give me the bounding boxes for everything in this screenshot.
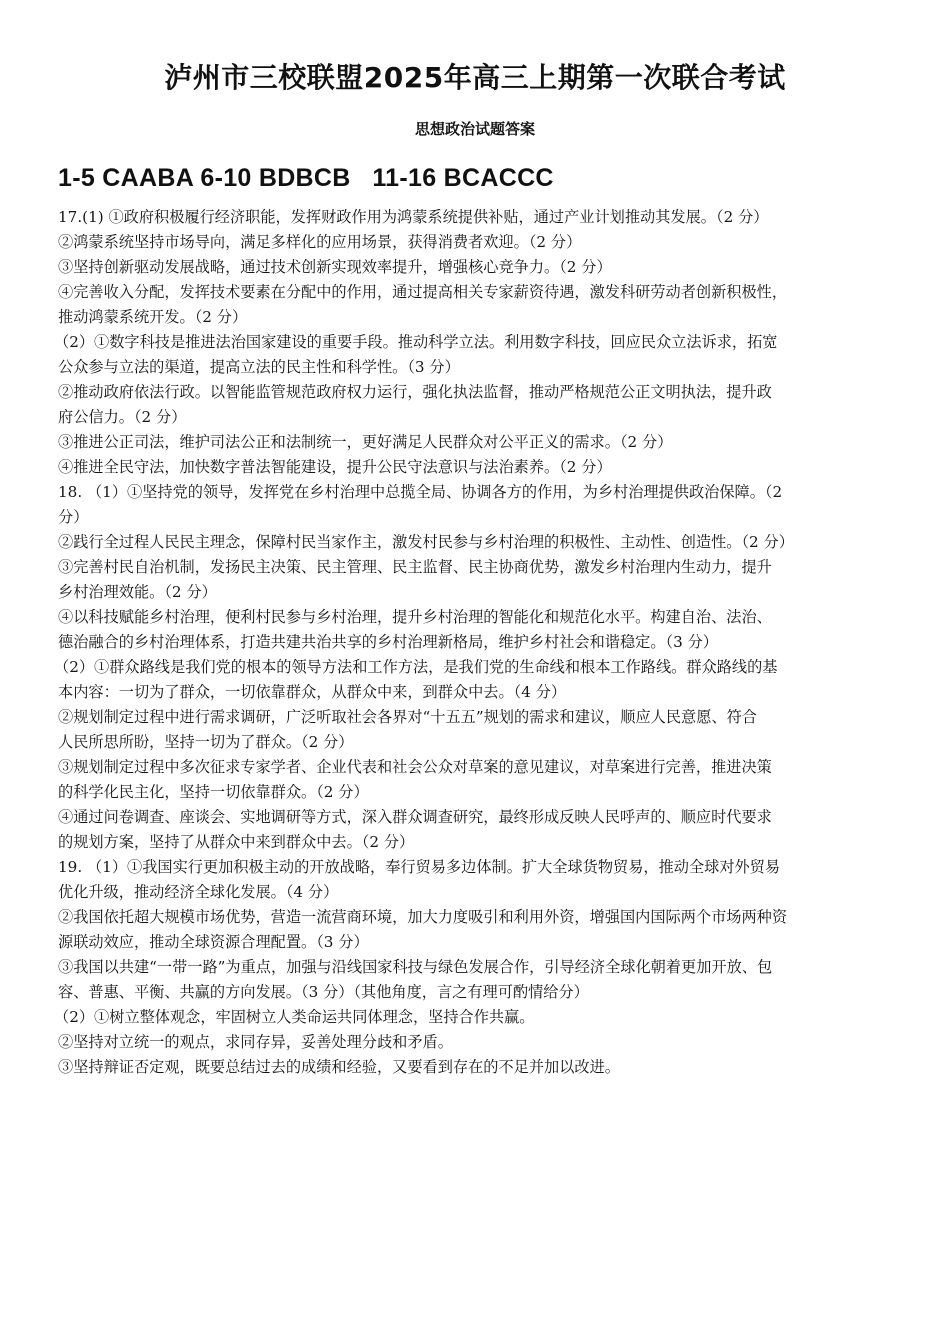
q17-line: ④完善收入分配，发挥技术要素在分配中的作用，通过提高相关专家薪资待遇，激发科研劳… (58, 280, 898, 305)
q18-part2-line: ④通过问卷调查、座谈会、实地调研等方式，深入群众调查研究，最终形成反映人民呼声的… (58, 805, 898, 830)
q18-line: ②践行全过程人民民主理念，保障村民当家作主，激发村民参与乡村治理的积极性、主动性… (58, 530, 898, 555)
q18-line: 乡村治理效能。（2 分） (58, 580, 898, 605)
q19-line: 源联动效应，推动全球资源合理配置。（3 分） (58, 930, 898, 955)
q19-line: 19. （1）①我国实行更加积极主动的开放战略，奉行贸易多边体制。扩大全球货物贸… (58, 855, 898, 880)
q18-part2-line: （2）①群众路线是我们党的根本的领导方法和工作方法，是我们党的生命线和根本工作路… (58, 655, 898, 680)
q17-line: 17.(1) ①政府积极履行经济职能，发挥财政作用为鸿蒙系统提供补贴，通过产业计… (58, 205, 898, 230)
q18-part2-line: ②规划制定过程中进行需求调研，广泛听取社会各界对“十五五”规划的需求和建议，顺应… (58, 705, 898, 730)
q18-line: 分） (58, 505, 898, 530)
q18-line: ④以科技赋能乡村治理，便利村民参与乡村治理，提升乡村治理的智能化和规范化水平。构… (58, 605, 898, 630)
q19-part2-line: ②坚持对立统一的观点，求同存异，妥善处理分歧和矛盾。 (58, 1030, 898, 1055)
q17-part2-line: 府公信力。（2 分） (58, 405, 898, 430)
q19-line: ②我国依托超大规模市场优势，营造一流营商环境，加大力度吸引和利用外资，增强国内国… (58, 905, 898, 930)
q18-part2-line: ③规划制定过程中多次征求专家学者、企业代表和社会公众对草案的意见建议，对草案进行… (58, 755, 898, 780)
q19-line: ③我国以共建“一带一路”为重点，加强与沿线国家科技与绿色发展合作，引导经济全球化… (58, 955, 898, 980)
q18-part2-line: 人民所思所盼，坚持一切为了群众。（2 分） (58, 730, 898, 755)
multiple-choice-answers: 1-5 CAABA 6-10 BDBCB 11-16 BCACCC (58, 164, 554, 193)
q18-part2-line: 的科学化民主化，坚持一切依靠群众。（2 分） (58, 780, 898, 805)
q17-line: 推动鸿蒙系统开发。（2 分） (58, 305, 898, 330)
q18-line: ③完善村民自治机制，发扬民主决策、民主管理、民主监督、民主协商优势，激发乡村治理… (58, 555, 898, 580)
q17-line: ③坚持创新驱动发展战略，通过技术创新实现效率提升，增强核心竞争力。（2 分） (58, 255, 898, 280)
q17-line: ②鸿蒙系统坚持市场导向，满足多样化的应用场景，获得消费者欢迎。（2 分） (58, 230, 898, 255)
q18-line: 18. （1）①坚持党的领导，发挥党在乡村治理中总揽全局、协调各方的作用，为乡村… (58, 480, 898, 505)
answer-body: 17.(1) ①政府积极履行经济职能，发挥财政作用为鸿蒙系统提供补贴，通过产业计… (58, 205, 898, 1080)
q19-line: 容、普惠、平衡、共赢的方向发展。（3 分）（其他角度，言之有理可酌情给分） (58, 980, 898, 1005)
exam-title: 泸州市三校联盟2025年高三上期第一次联合考试 (0, 56, 950, 96)
q17-part2-line: （2）①数字科技是推进法治国家建设的重要手段。推动科学立法。利用数字科技，回应民… (58, 330, 898, 355)
q18-part2-line: 的规划方案，坚持了从群众中来到群众中去。（2 分） (58, 830, 898, 855)
q17-part2-line: ④推进全民守法，加快数字普法智能建设，提升公民守法意识与法治素养。（2 分） (58, 455, 898, 480)
q19-part2-line: ③坚持辩证否定观，既要总结过去的成绩和经验，又要看到存在的不足并加以改进。 (58, 1055, 898, 1080)
q18-line: 德治融合的乡村治理体系，打造共建共治共享的乡村治理新格局，维护乡村社会和谐稳定。… (58, 630, 898, 655)
q19-line: 优化升级，推动经济全球化发展。（4 分） (58, 880, 898, 905)
q17-part2-line: 公众参与立法的渠道，提高立法的民主性和科学性。（3 分） (58, 355, 898, 380)
q17-part2-line: ②推动政府依法行政。以智能监管规范政府权力运行，强化执法监督，推动严格规范公正文… (58, 380, 898, 405)
q19-part2-line: （2）①树立整体观念，牢固树立人类命运共同体理念，坚持合作共赢。 (58, 1005, 898, 1030)
q18-part2-line: 本内容：一切为了群众，一切依靠群众，从群众中来，到群众中去。（4 分） (58, 680, 898, 705)
answer-sheet-page: 泸州市三校联盟2025年高三上期第一次联合考试 思想政治试题答案 1-5 CAA… (0, 0, 950, 1344)
exam-subtitle: 思想政治试题答案 (0, 118, 950, 139)
q17-part2-line: ③推进公正司法，维护司法公正和法制统一，更好满足人民群众对公平正义的需求。（2 … (58, 430, 898, 455)
